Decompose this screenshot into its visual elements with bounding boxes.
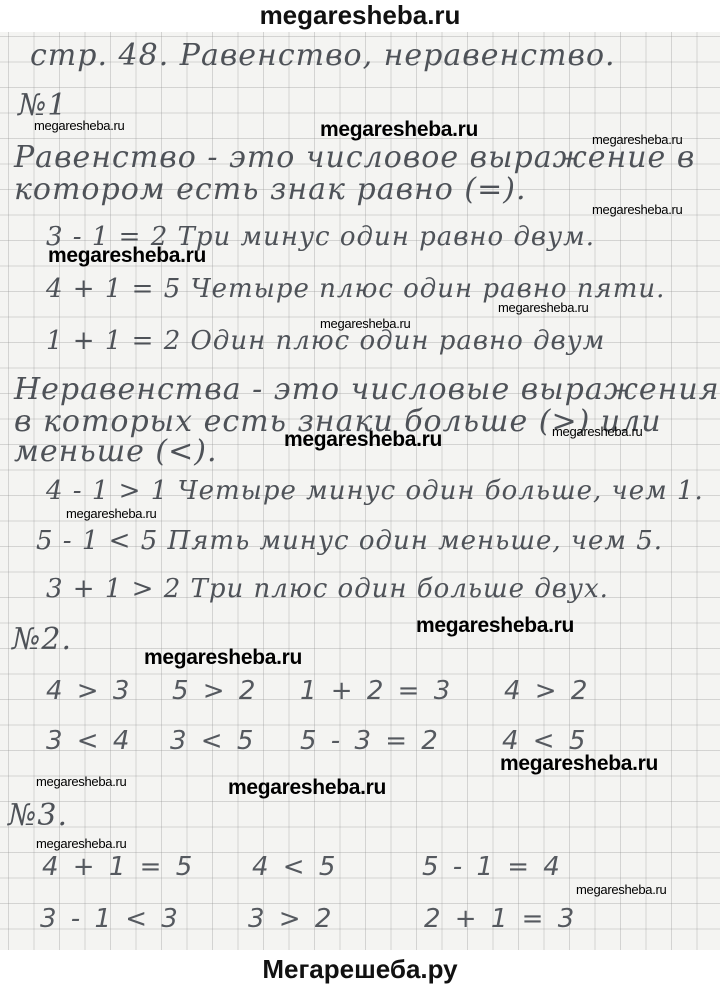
watermark: megaresheba.ru xyxy=(592,202,682,217)
watermark: megaresheba.ru xyxy=(416,614,574,638)
inequality-example-1: 4 - 1 > 1 Четыре минус один больше, чем … xyxy=(46,476,704,506)
task2-cell: 5 - 3 = 2 xyxy=(300,726,441,756)
inequality-definition-line1: Неравенства - это числовые выражения xyxy=(14,372,720,407)
inequality-example-3: 3 + 1 > 2 Три плюс один больше двух. xyxy=(46,574,609,604)
watermark: megaresheba.ru xyxy=(34,118,124,133)
task3-label: №3. xyxy=(8,798,68,833)
watermark: megaresheba.ru xyxy=(576,882,666,897)
watermark: megaresheba.ru xyxy=(552,424,642,439)
task3-cell: 4 + 1 = 5 xyxy=(42,852,195,882)
watermark: megaresheba.ru xyxy=(36,836,126,851)
inequality-example-1-expr: 4 - 1 > 1 xyxy=(46,476,168,506)
task2-cell: 4 > 3 xyxy=(46,676,132,706)
inequality-example-3-text: Три плюс один больше двух. xyxy=(191,574,609,604)
task2-label: №2. xyxy=(12,622,72,657)
watermark: megaresheba.ru xyxy=(228,776,386,800)
equality-example-1-text: Три минус один равно двум. xyxy=(178,222,595,252)
equality-example-2-text: Четыре плюс один равно пяти. xyxy=(191,274,666,304)
watermark: megaresheba.ru xyxy=(320,118,478,142)
watermark: megaresheba.ru xyxy=(48,244,206,268)
task2-cell: 5 > 2 xyxy=(172,676,258,706)
watermark: megaresheba.ru xyxy=(500,752,658,776)
watermark: megaresheba.ru xyxy=(592,132,682,147)
watermark: megaresheba.ru xyxy=(498,300,588,315)
task3-cell: 2 + 1 = 3 xyxy=(424,904,577,934)
page-title: стр. 48. Равенство, неравенство. xyxy=(30,38,616,73)
inequality-definition-line3: меньше (<). xyxy=(14,434,218,469)
task2-cell: 4 > 2 xyxy=(504,676,590,706)
watermark: megaresheba.ru xyxy=(66,506,156,521)
footer-watermark: Мегарешеба.ру xyxy=(0,950,720,988)
watermark: megaresheba.ru xyxy=(320,316,410,331)
inequality-example-2: 5 - 1 < 5 Пять минус один меньше, чем 5. xyxy=(36,526,663,556)
inequality-example-3-expr: 3 + 1 > 2 xyxy=(46,574,181,604)
watermark: megaresheba.ru xyxy=(144,646,302,670)
watermark: megaresheba.ru xyxy=(36,774,126,789)
task2-cell: 3 < 5 xyxy=(170,726,256,756)
task2-cell: 1 + 2 = 3 xyxy=(300,676,453,706)
equality-example-2-expr: 4 + 1 = 5 xyxy=(46,274,181,304)
task3-cell: 5 - 1 = 4 xyxy=(422,852,563,882)
task2-cell: 3 < 4 xyxy=(46,726,132,756)
watermark: megaresheba.ru xyxy=(284,428,442,452)
task3-cell: 4 < 5 xyxy=(252,852,338,882)
equality-definition-line2: котором есть знак равно (=). xyxy=(14,172,526,207)
inequality-example-1-text: Четыре минус один больше, чем 1. xyxy=(178,476,704,506)
inequality-example-2-text: Пять минус один меньше, чем 5. xyxy=(168,526,664,556)
task3-cell: 3 - 1 < 3 xyxy=(40,904,181,934)
header-watermark: megaresheba.ru xyxy=(0,0,720,34)
task3-cell: 3 > 2 xyxy=(248,904,334,934)
equality-example-3-expr: 1 + 1 = 2 xyxy=(46,326,181,356)
inequality-example-2-expr: 5 - 1 < 5 xyxy=(36,526,158,556)
